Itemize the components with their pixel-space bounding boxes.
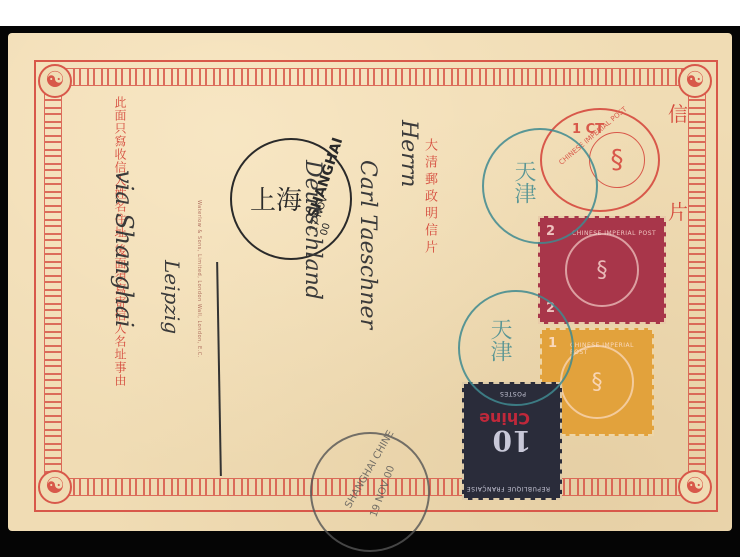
greek-key-border-right [688, 84, 706, 480]
corner-char-right: 片 [668, 196, 688, 225]
handwriting-line: Herrn [396, 120, 421, 187]
handwriting-line: Carl Taeschner [355, 160, 380, 329]
dragon-icon: § [565, 233, 639, 307]
handwriting-line: via Shanghai [110, 170, 138, 328]
yinyang-icon: ☯ [38, 470, 72, 504]
stamp-value: 10 [493, 425, 532, 458]
yinyang-icon: ☯ [678, 470, 712, 504]
stamp-overprint: Chine [479, 409, 530, 428]
yinyang-icon: ☯ [38, 64, 72, 98]
postmark-tientsin: 天津 [458, 290, 574, 406]
yinyang-icon: ☯ [678, 64, 712, 98]
greek-key-border-top [44, 68, 706, 86]
postmark-chinese: 上海 [250, 180, 302, 217]
postmark-french-office: SHANGHAI CHINE 19 NOV 00 [310, 432, 430, 552]
stamp-text: REPUBLIQUE FRANÇAISE [466, 485, 550, 492]
handwriting-line: Deutschland [300, 160, 325, 300]
postmark-chinese: 天津 [484, 318, 515, 362]
stamp-text: CHINESE IMPERIAL POST [572, 230, 656, 237]
printer-imprint: Waterlow & Sons, Limited, London Wall, L… [196, 200, 202, 358]
postmark-shanghai: 上海 SHANGHAI 17 NOV 00 [230, 138, 352, 260]
postmark-tientsin: 天津 [482, 128, 598, 244]
corner-char-top: 信 [668, 98, 688, 127]
stamp-text: CHINESE IMPERIAL POST [570, 342, 652, 356]
card-title: 大清郵政明信片 [420, 138, 439, 257]
greek-key-border-left [44, 84, 62, 480]
handwriting-line: Leipzig [160, 260, 184, 334]
postmark-chinese: 天津 [508, 160, 539, 204]
imprint-value: 1 CT [572, 122, 604, 137]
